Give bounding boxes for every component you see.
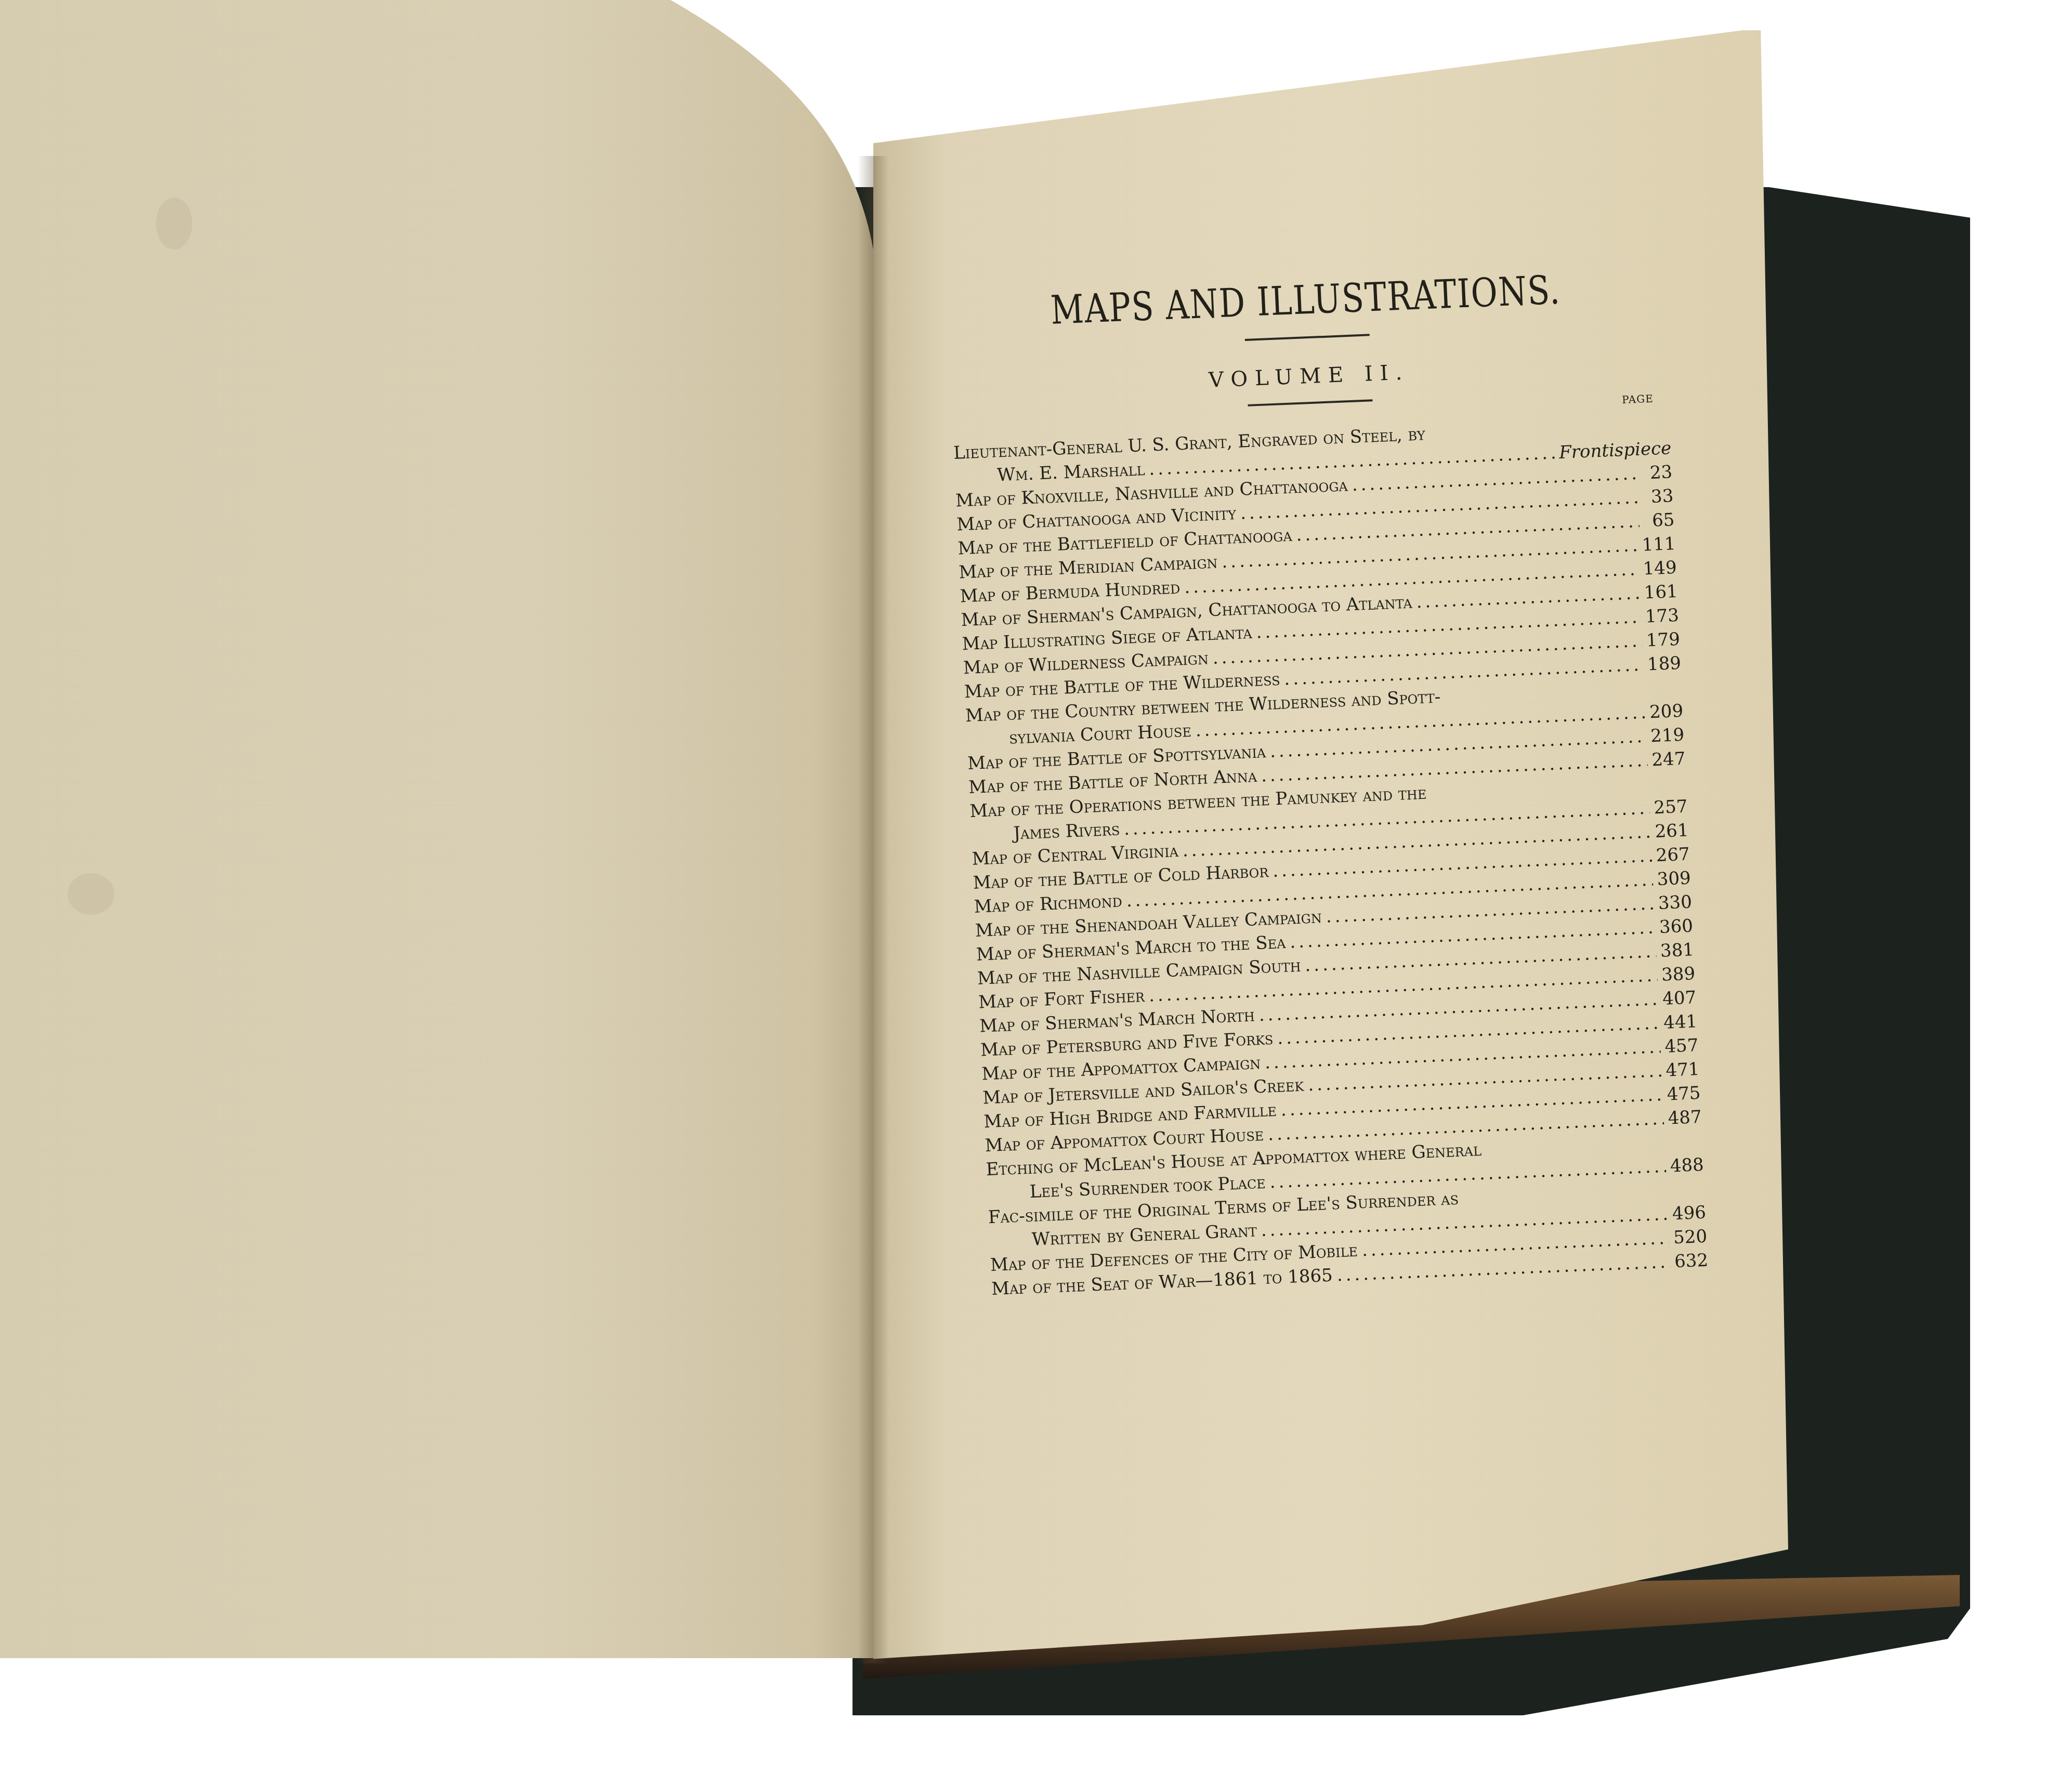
entry-page-number bbox=[1672, 1147, 1703, 1148]
paper-stain bbox=[156, 198, 192, 249]
entry-page-number: 360 bbox=[1659, 914, 1694, 939]
entry-page-number: 219 bbox=[1650, 723, 1685, 748]
entry-page-number: 475 bbox=[1667, 1081, 1701, 1107]
entry-page-number bbox=[1640, 430, 1671, 431]
entry-page-number bbox=[1656, 789, 1687, 790]
title-rule bbox=[1245, 334, 1370, 341]
entry-page-number: 496 bbox=[1672, 1201, 1707, 1226]
maps-illustrations-list: MAPS AND ILLUSTRATIONS. VOLUME II. PAGE … bbox=[946, 262, 1709, 1301]
entry-page-number: 457 bbox=[1664, 1033, 1699, 1059]
entry-page-number: 209 bbox=[1649, 699, 1684, 725]
left-blank-page bbox=[0, 0, 884, 1721]
entry-page-number: 520 bbox=[1673, 1225, 1708, 1250]
entry-page-number: 309 bbox=[1657, 866, 1691, 891]
entry-page-number: 487 bbox=[1668, 1105, 1702, 1131]
entry-page-number: 330 bbox=[1658, 890, 1693, 915]
entry-page-number: 488 bbox=[1670, 1153, 1704, 1178]
book-gutter bbox=[858, 156, 889, 1663]
entry-page-number: 111 bbox=[1642, 532, 1676, 557]
entry-page-number: 173 bbox=[1645, 603, 1680, 629]
entry-page-number: 389 bbox=[1661, 962, 1696, 987]
entry-page-number: 189 bbox=[1647, 651, 1682, 677]
dot-leader bbox=[1486, 1148, 1668, 1155]
dot-leader bbox=[1445, 694, 1647, 702]
entry-page-number: 381 bbox=[1660, 938, 1695, 963]
entry-page-number bbox=[1651, 693, 1683, 694]
entry-page-number bbox=[1674, 1194, 1705, 1196]
volume-heading: VOLUME II. bbox=[950, 350, 1668, 402]
entry-page-number: 441 bbox=[1663, 1009, 1698, 1035]
entry-page-number: 161 bbox=[1644, 580, 1678, 605]
open-book-photo: MAPS AND ILLUSTRATIONS. VOLUME II. PAGE … bbox=[0, 0, 2072, 1786]
paper-stain bbox=[68, 873, 114, 915]
entry-page-number: 471 bbox=[1666, 1057, 1700, 1083]
entry-page-number: 257 bbox=[1654, 795, 1688, 820]
entry-page-number: 261 bbox=[1655, 819, 1689, 844]
entry-page-number: 23 bbox=[1641, 460, 1673, 485]
entry-page-number: 407 bbox=[1662, 986, 1697, 1011]
entry-list: Lieutenant-General U. S. Grant, Engraved… bbox=[953, 412, 1709, 1301]
entry-page-number: 33 bbox=[1642, 484, 1674, 509]
entry-page-number: 267 bbox=[1656, 842, 1690, 868]
entry-page-number: 632 bbox=[1674, 1249, 1709, 1274]
entry-page-number: 65 bbox=[1643, 508, 1675, 533]
entry-page-number: 179 bbox=[1646, 627, 1681, 653]
entry-page-number: 247 bbox=[1651, 747, 1686, 772]
entry-page-number: 149 bbox=[1643, 556, 1677, 581]
